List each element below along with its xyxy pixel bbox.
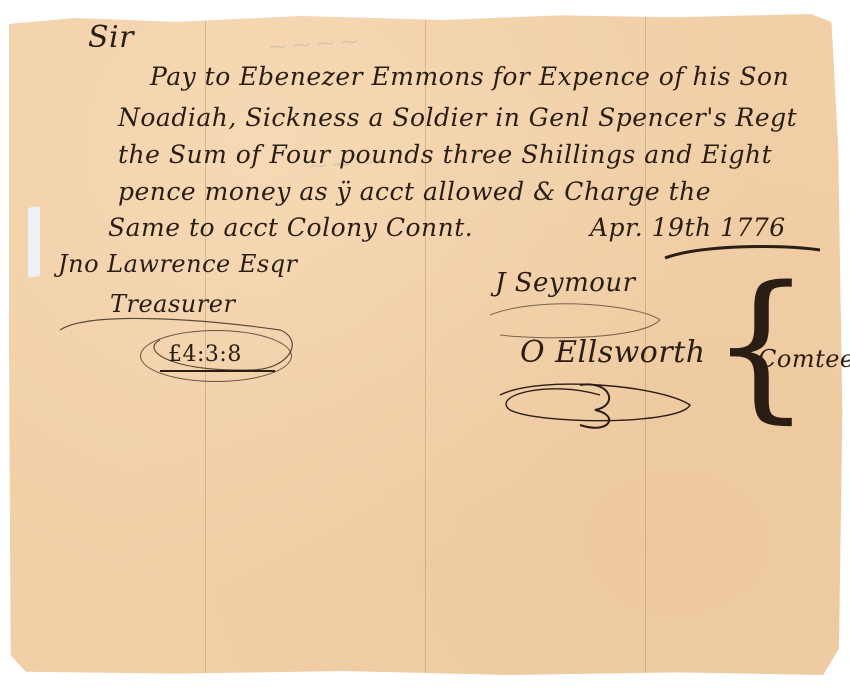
- salutation: Sir: [88, 20, 134, 55]
- body-line-5: Same to acct Colony Connt.: [108, 213, 473, 242]
- signature-ellsworth: O Ellsworth: [520, 335, 706, 370]
- addressee-name: Jno Lawrence Esqr: [58, 250, 298, 278]
- document-date: Apr. 19th 1776: [590, 213, 786, 242]
- signature-seymour: J Seymour: [495, 268, 636, 298]
- amount-underline: [160, 370, 275, 372]
- bleed-through-text: ⁓ ⁓ ⁓ ⁓: [268, 31, 358, 58]
- amount: £4:3:8: [168, 342, 242, 367]
- body-line-1: Pay to Ebenezer Emmons for Expence of hi…: [150, 62, 789, 91]
- paper-tear: [28, 206, 40, 278]
- body-line-4: pence money as ÿ acct allowed & Charge t…: [118, 177, 711, 206]
- addressee-title: Treasurer: [110, 290, 235, 318]
- committee-label: Comtee: [758, 345, 850, 373]
- body-line-3: the Sum of Four pounds three Shillings a…: [118, 140, 772, 169]
- body-line-2: Noadiah, Sickness a Soldier in Genl Spen…: [118, 103, 797, 132]
